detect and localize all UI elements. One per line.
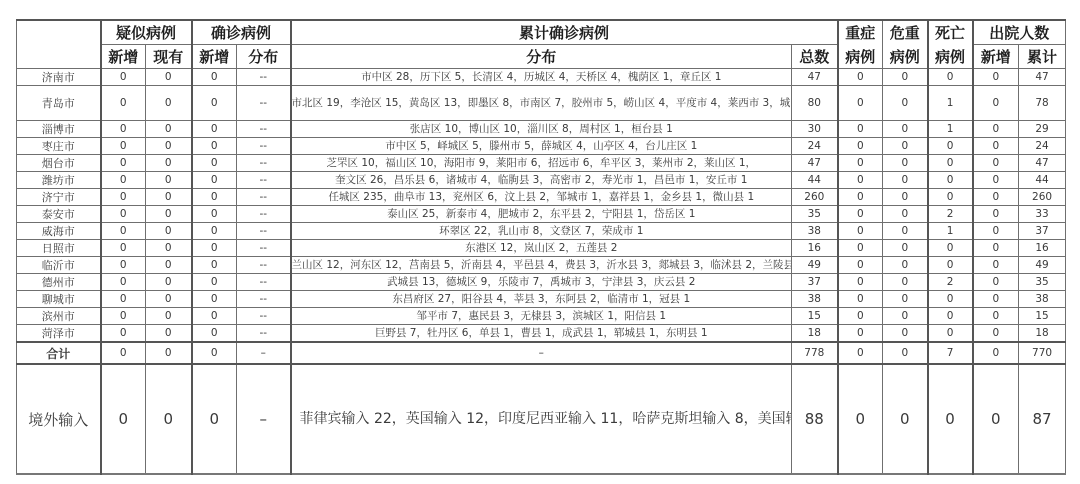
discharged-new: 0 — [973, 189, 1019, 206]
city-name: 淄博市 — [17, 121, 101, 138]
header-confirmed: 确诊病例 — [192, 20, 291, 45]
death-cases: 0 — [928, 138, 973, 155]
suspected-current: 0 — [146, 121, 192, 138]
cumulative-distribution: 张店区 10，博山区 10，淄川区 8，周村区 1，桓台县 1 — [291, 121, 792, 138]
severe-cases: 0 — [838, 206, 883, 223]
cumulative-total: 37 — [792, 274, 838, 291]
header-discharged-new: 新增 — [973, 45, 1019, 69]
discharged-new: 0 — [973, 172, 1019, 189]
cumulative-distribution: 任城区 235，曲阜市 13，兖州区 6，汶上县 2，邹城市 1，嘉祥县 1，金… — [291, 189, 792, 206]
total-row: 合计 0 0 0 – – 778 0 0 7 0 770 — [17, 342, 1066, 364]
critical-cases: 0 — [883, 274, 928, 291]
discharged-total: 78 — [1019, 86, 1066, 121]
confirmed-distribution: -- — [237, 274, 291, 291]
cumulative-total: 15 — [792, 308, 838, 325]
confirmed-distribution: -- — [237, 308, 291, 325]
confirmed-new: 0 — [192, 223, 237, 240]
critical-cases: 0 — [883, 291, 928, 308]
header-suspected: 疑似病例 — [101, 20, 192, 45]
severe-cases: 0 — [838, 172, 883, 189]
confirmed-new: 0 — [192, 206, 237, 223]
severe-cases: 0 — [838, 240, 883, 257]
city-name: 烟台市 — [17, 155, 101, 172]
confirmed-new: 0 — [192, 308, 237, 325]
confirmed-distribution: -- — [237, 325, 291, 343]
discharged-total: 47 — [1019, 69, 1066, 86]
city-name: 济南市 — [17, 69, 101, 86]
table-row-15: 菏泽市 0 0 0 -- 巨野县 7，牡丹区 6，单县 1，曹县 1，成武县 1… — [17, 325, 1066, 343]
confirmed-distribution: -- — [237, 172, 291, 189]
suspected-current: 0 — [146, 291, 192, 308]
discharged-total: 260 — [1019, 189, 1066, 206]
suspected-current: 0 — [146, 274, 192, 291]
confirmed-distribution: -- — [237, 155, 291, 172]
cumulative-total: 47 — [792, 69, 838, 86]
confirmed-new: 0 — [192, 189, 237, 206]
suspected-current: 0 — [146, 325, 192, 343]
severe-cases: 0 — [838, 291, 883, 308]
confirmed-distribution: -- — [237, 138, 291, 155]
city-name: 日照市 — [17, 240, 101, 257]
discharged-total: 87 — [1019, 364, 1066, 474]
suspected-current: 0 — [146, 257, 192, 274]
suspected-new: 0 — [101, 308, 146, 325]
critical-cases: 0 — [883, 325, 928, 343]
suspected-new: 0 — [101, 121, 146, 138]
severe-cases: 0 — [838, 257, 883, 274]
death-cases: 0 — [928, 172, 973, 189]
confirmed-new: 0 — [192, 291, 237, 308]
discharged-new: 0 — [973, 240, 1019, 257]
cumulative-distribution: 环翠区 22，乳山市 8，文登区 7，荣成市 1 — [291, 223, 792, 240]
death-cases: 0 — [928, 325, 973, 343]
suspected-new: 0 — [101, 172, 146, 189]
severe-cases: 0 — [838, 364, 883, 474]
discharged-new: 0 — [973, 69, 1019, 86]
suspected-new: 0 — [101, 342, 146, 364]
discharged-total: 47 — [1019, 155, 1066, 172]
confirmed-new: 0 — [192, 172, 237, 189]
city-name: 威海市 — [17, 223, 101, 240]
suspected-current: 0 — [146, 189, 192, 206]
critical-cases: 0 — [883, 240, 928, 257]
death-cases: 2 — [928, 274, 973, 291]
suspected-current: 0 — [146, 86, 192, 121]
confirmed-new: 0 — [192, 274, 237, 291]
confirmed-distribution: -- — [237, 240, 291, 257]
severe-cases: 0 — [838, 138, 883, 155]
critical-cases: 0 — [883, 308, 928, 325]
header-cumulative: 累计确诊病例 — [291, 20, 838, 45]
cumulative-total: 35 — [792, 206, 838, 223]
cumulative-distribution: 兰山区 12，河东区 12，莒南县 5，沂南县 4，平邑县 4，费县 3，沂水县… — [291, 257, 792, 274]
table-row-9: 威海市 0 0 0 -- 环翠区 22，乳山市 8，文登区 7，荣成市 1 38… — [17, 223, 1066, 240]
suspected-new: 0 — [101, 274, 146, 291]
severe-cases: 0 — [838, 189, 883, 206]
header-confirmed-distribution: 分布 — [237, 45, 291, 69]
confirmed-distribution: – — [237, 342, 291, 364]
city-name: 菏泽市 — [17, 325, 101, 343]
cumulative-distribution: 芝罘区 10，福山区 10，海阳市 9，莱阳市 6，招远市 6，牟平区 3，莱州… — [291, 155, 792, 172]
discharged-new: 0 — [973, 308, 1019, 325]
confirmed-new: 0 — [192, 138, 237, 155]
cumulative-distribution: 市中区 28，历下区 5，长清区 4，历城区 4，天桥区 4，槐荫区 1，章丘区… — [291, 69, 792, 86]
discharged-new: 0 — [973, 86, 1019, 121]
suspected-new: 0 — [101, 364, 146, 474]
confirmed-distribution: -- — [237, 206, 291, 223]
death-cases: 0 — [928, 291, 973, 308]
city-name: 聊城市 — [17, 291, 101, 308]
severe-cases: 0 — [838, 308, 883, 325]
discharged-total: 24 — [1019, 138, 1066, 155]
suspected-current: 0 — [146, 206, 192, 223]
confirmed-new: 0 — [192, 69, 237, 86]
table-row-8: 泰安市 0 0 0 -- 泰山区 25，新泰市 4，肥城市 2，东平县 2，宁阳… — [17, 206, 1066, 223]
death-cases: 0 — [928, 364, 973, 474]
cumulative-total: 38 — [792, 223, 838, 240]
cumulative-total: 260 — [792, 189, 838, 206]
critical-cases: 0 — [883, 342, 928, 364]
suspected-current: 0 — [146, 155, 192, 172]
discharged-new: 0 — [973, 274, 1019, 291]
discharged-new: 0 — [973, 138, 1019, 155]
critical-cases: 0 — [883, 121, 928, 138]
city-name: 泰安市 — [17, 206, 101, 223]
header-row-1: 疑似病例 确诊病例 累计确诊病例 重症 危重 死亡 出院人数 — [17, 20, 1066, 45]
header-death-top: 死亡 — [928, 20, 973, 45]
discharged-total: 770 — [1019, 342, 1066, 364]
table-row-12: 德州市 0 0 0 -- 武城县 13，德城区 9，乐陵市 7，禹城市 3，宁津… — [17, 274, 1066, 291]
confirmed-distribution: -- — [237, 223, 291, 240]
header-critical-top: 危重 — [883, 20, 928, 45]
critical-cases: 0 — [883, 223, 928, 240]
confirmed-distribution: -- — [237, 86, 291, 121]
header-region — [17, 20, 101, 69]
critical-cases: 0 — [883, 155, 928, 172]
table-row-2: 青岛市 0 0 0 -- 市北区 19，李沧区 15，黄岛区 13，即墨区 8，… — [17, 86, 1066, 121]
confirmed-distribution: -- — [237, 257, 291, 274]
confirmed-new: 0 — [192, 342, 237, 364]
severe-cases: 0 — [838, 121, 883, 138]
cumulative-total: 778 — [792, 342, 838, 364]
discharged-total: 16 — [1019, 240, 1066, 257]
cumulative-distribution: 市中区 5，峄城区 5，滕州市 5，薛城区 4，山亭区 4，台儿庄区 1 — [291, 138, 792, 155]
death-cases: 0 — [928, 155, 973, 172]
discharged-total: 38 — [1019, 291, 1066, 308]
table-row-11: 临沂市 0 0 0 -- 兰山区 12，河东区 12，莒南县 5，沂南县 4，平… — [17, 257, 1066, 274]
suspected-new: 0 — [101, 325, 146, 343]
header-cumulative-total: 总数 — [792, 45, 838, 69]
suspected-current: 0 — [146, 364, 192, 474]
discharged-new: 0 — [973, 257, 1019, 274]
cumulative-total: 24 — [792, 138, 838, 155]
table-row-1: 济南市 0 0 0 -- 市中区 28，历下区 5，长清区 4，历城区 4，天桥… — [17, 69, 1066, 86]
discharged-new: 0 — [973, 364, 1019, 474]
cumulative-distribution: 市北区 19，李沧区 15，黄岛区 13，即墨区 8，市南区 7，胶州市 5，崂… — [291, 86, 792, 121]
table-row-13: 聊城市 0 0 0 -- 东昌府区 27，阳谷县 4，莘县 3，东阿县 2，临清… — [17, 291, 1066, 308]
death-cases: 7 — [928, 342, 973, 364]
critical-cases: 0 — [883, 206, 928, 223]
confirmed-distribution: -- — [237, 69, 291, 86]
discharged-total: 49 — [1019, 257, 1066, 274]
confirmed-new: 0 — [192, 240, 237, 257]
suspected-new: 0 — [101, 86, 146, 121]
suspected-current: 0 — [146, 342, 192, 364]
table-row-5: 烟台市 0 0 0 -- 芝罘区 10，福山区 10，海阳市 9，莱阳市 6，招… — [17, 155, 1066, 172]
confirmed-distribution: -- — [237, 291, 291, 308]
suspected-current: 0 — [146, 172, 192, 189]
death-cases: 0 — [928, 308, 973, 325]
cumulative-total: 38 — [792, 291, 838, 308]
death-cases: 0 — [928, 189, 973, 206]
confirmed-new: 0 — [192, 155, 237, 172]
severe-cases: 0 — [838, 223, 883, 240]
discharged-new: 0 — [973, 291, 1019, 308]
suspected-current: 0 — [146, 138, 192, 155]
death-cases: 0 — [928, 69, 973, 86]
suspected-new: 0 — [101, 138, 146, 155]
cumulative-total: 47 — [792, 155, 838, 172]
cumulative-distribution: 武城县 13，德城区 9，乐陵市 7，禹城市 3，宁津县 3，庆云县 2 — [291, 274, 792, 291]
critical-cases: 0 — [883, 172, 928, 189]
header-suspected-new: 新增 — [101, 45, 146, 69]
suspected-new: 0 — [101, 223, 146, 240]
severe-cases: 0 — [838, 274, 883, 291]
cumulative-distribution: 东昌府区 27，阳谷县 4，莘县 3，东阿县 2，临清市 1，冠县 1 — [291, 291, 792, 308]
header-discharged-total: 累计 — [1019, 45, 1066, 69]
cumulative-total: 80 — [792, 86, 838, 121]
confirmed-distribution: -- — [237, 121, 291, 138]
confirmed-new: 0 — [192, 257, 237, 274]
confirmed-distribution: – — [237, 364, 291, 474]
cumulative-total: 44 — [792, 172, 838, 189]
table-row-14: 滨州市 0 0 0 -- 邹平市 7，惠民县 3，无棣县 3，滨城区 1，阳信县… — [17, 308, 1066, 325]
discharged-total: 37 — [1019, 223, 1066, 240]
critical-cases: 0 — [883, 138, 928, 155]
city-name: 境外输入 — [17, 364, 101, 474]
critical-cases: 0 — [883, 189, 928, 206]
table-row-3: 淄博市 0 0 0 -- 张店区 10，博山区 10，淄川区 8，周村区 1，桓… — [17, 121, 1066, 138]
cumulative-distribution: – — [291, 342, 792, 364]
city-name: 临沂市 — [17, 257, 101, 274]
discharged-new: 0 — [973, 325, 1019, 343]
death-cases: 1 — [928, 223, 973, 240]
suspected-current: 0 — [146, 240, 192, 257]
imported-row: 境外输入 0 0 0 – 菲律宾输入 22，英国输入 12，印度尼西亚输入 11… — [17, 364, 1066, 474]
cumulative-distribution: 邹平市 7，惠民县 3，无棣县 3，滨城区 1，阳信县 1 — [291, 308, 792, 325]
severe-cases: 0 — [838, 155, 883, 172]
confirmed-new: 0 — [192, 121, 237, 138]
header-confirmed-new: 新增 — [192, 45, 237, 69]
suspected-new: 0 — [101, 240, 146, 257]
discharged-new: 0 — [973, 206, 1019, 223]
discharged-new: 0 — [973, 155, 1019, 172]
confirmed-new: 0 — [192, 325, 237, 343]
discharged-new: 0 — [973, 342, 1019, 364]
critical-cases: 0 — [883, 364, 928, 474]
cumulative-distribution: 菲律宾输入 22，英国输入 12，印度尼西亚输入 11，哈萨克斯坦输入 8，美国… — [291, 364, 792, 474]
severe-cases: 0 — [838, 325, 883, 343]
suspected-new: 0 — [101, 291, 146, 308]
header-discharged: 出院人数 — [973, 20, 1066, 45]
discharged-total: 35 — [1019, 274, 1066, 291]
suspected-new: 0 — [101, 155, 146, 172]
critical-cases: 0 — [883, 86, 928, 121]
city-name: 枣庄市 — [17, 138, 101, 155]
header-severe-bottom: 病例 — [838, 45, 883, 69]
death-cases: 1 — [928, 86, 973, 121]
table-row-6: 潍坊市 0 0 0 -- 奎文区 26，昌乐县 6，诸城市 4，临朐县 3，高密… — [17, 172, 1066, 189]
cumulative-distribution: 奎文区 26，昌乐县 6，诸城市 4，临朐县 3，高密市 2，寿光市 1，昌邑市… — [291, 172, 792, 189]
city-name: 潍坊市 — [17, 172, 101, 189]
discharged-total: 15 — [1019, 308, 1066, 325]
cumulative-total: 18 — [792, 325, 838, 343]
death-cases: 0 — [928, 240, 973, 257]
cumulative-total: 49 — [792, 257, 838, 274]
table-row-10: 日照市 0 0 0 -- 东港区 12，岚山区 2，五莲县 2 16 0 0 0… — [17, 240, 1066, 257]
critical-cases: 0 — [883, 257, 928, 274]
epidemic-statistics-table: 疑似病例 确诊病例 累计确诊病例 重症 危重 死亡 出院人数 新增 现有 新增 … — [16, 19, 1066, 475]
header-death-bottom: 病例 — [928, 45, 973, 69]
cumulative-distribution: 东港区 12，岚山区 2，五莲县 2 — [291, 240, 792, 257]
confirmed-new: 0 — [192, 86, 237, 121]
discharged-total: 44 — [1019, 172, 1066, 189]
discharged-total: 29 — [1019, 121, 1066, 138]
suspected-new: 0 — [101, 69, 146, 86]
city-name: 滨州市 — [17, 308, 101, 325]
discharged-total: 33 — [1019, 206, 1066, 223]
death-cases: 1 — [928, 121, 973, 138]
city-name: 青岛市 — [17, 86, 101, 121]
header-severe-top: 重症 — [838, 20, 883, 45]
header-row-2: 新增 现有 新增 分布 分布 总数 病例 病例 病例 新增 累计 — [17, 45, 1066, 69]
table-row-4: 枣庄市 0 0 0 -- 市中区 5，峄城区 5，滕州市 5，薛城区 4，山亭区… — [17, 138, 1066, 155]
confirmed-distribution: -- — [237, 189, 291, 206]
suspected-current: 0 — [146, 69, 192, 86]
header-cumulative-distribution: 分布 — [291, 45, 792, 69]
severe-cases: 0 — [838, 69, 883, 86]
severe-cases: 0 — [838, 342, 883, 364]
discharged-total: 18 — [1019, 325, 1066, 343]
discharged-new: 0 — [973, 223, 1019, 240]
death-cases: 2 — [928, 206, 973, 223]
suspected-current: 0 — [146, 308, 192, 325]
cumulative-distribution: 巨野县 7，牡丹区 6，单县 1，曹县 1，成武县 1，郓城县 1，东明县 1 — [291, 325, 792, 343]
suspected-new: 0 — [101, 206, 146, 223]
cumulative-total: 30 — [792, 121, 838, 138]
suspected-new: 0 — [101, 257, 146, 274]
cumulative-total: 16 — [792, 240, 838, 257]
critical-cases: 0 — [883, 69, 928, 86]
city-name: 德州市 — [17, 274, 101, 291]
header-suspected-current: 现有 — [146, 45, 192, 69]
header-critical-bottom: 病例 — [883, 45, 928, 69]
confirmed-new: 0 — [192, 364, 237, 474]
cumulative-distribution: 泰山区 25，新泰市 4，肥城市 2，东平县 2，宁阳县 1，岱岳区 1 — [291, 206, 792, 223]
severe-cases: 0 — [838, 86, 883, 121]
city-name: 济宁市 — [17, 189, 101, 206]
city-name: 合计 — [17, 342, 101, 364]
cumulative-total: 88 — [792, 364, 838, 474]
suspected-current: 0 — [146, 223, 192, 240]
suspected-new: 0 — [101, 189, 146, 206]
discharged-new: 0 — [973, 121, 1019, 138]
death-cases: 0 — [928, 257, 973, 274]
table-row-7: 济宁市 0 0 0 -- 任城区 235，曲阜市 13，兖州区 6，汶上县 2，… — [17, 189, 1066, 206]
